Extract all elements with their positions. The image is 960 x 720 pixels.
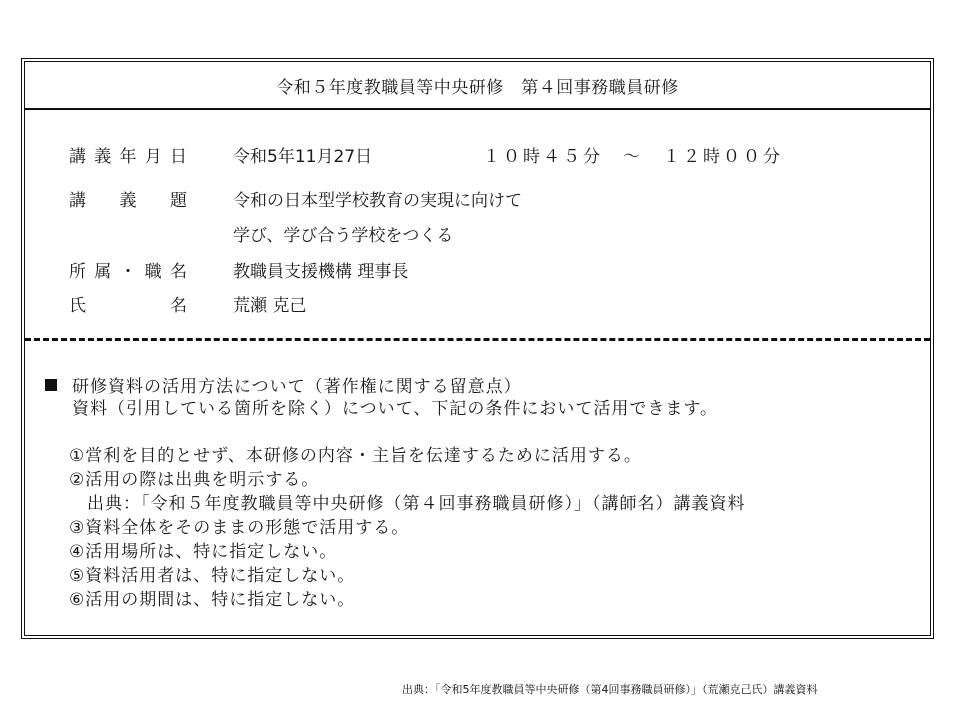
lecturer-name-value: 荒瀬 克己 (233, 291, 306, 316)
usage-notes: 研修資料の活用方法について（著作権に関する留意点） 資料（引用している箇所を除く… (25, 344, 930, 635)
section-divider (25, 338, 930, 341)
lecturer-name-row: 氏 名 荒瀬 克己 (69, 291, 306, 316)
lecture-topic-row: 講 義 題 令和の日本型学校教育の実現に向けて (69, 186, 522, 211)
note-item: ①営利を目的とせず、本研修の内容・主旨を伝達するために活用する。 (69, 441, 642, 466)
note-item: ②活用の際は出典を明示する。 (69, 465, 319, 490)
note-item: ⑥活用の期間は、特に指定しない。 (69, 585, 355, 610)
lecture-date-value: 令和5年11月27日 (233, 142, 372, 167)
affiliation-row: 所 属 ・ 職 名 教職員支援機構 理事長 (69, 257, 408, 282)
square-bullet-icon (45, 379, 57, 391)
affiliation-label: 所 属 ・ 職 名 (69, 257, 233, 282)
lecture-date-row: 講 義 年 月 日 令和5年11月27日 (69, 142, 372, 167)
lecture-info: 講 義 年 月 日 令和5年11月27日 １０時４５分 ～ １２時００分 講 義… (25, 110, 930, 342)
note-item-source: 出典：「令和５年度教職員等中央研修（第４回事務職員研修）」（講師名）講義資料 (69, 489, 746, 514)
note-item: ③資料全体をそのままの形態で活用する。 (69, 513, 409, 538)
lecture-topic-line2: 学び、学び合う学校をつくる (233, 221, 453, 246)
affiliation-value: 教職員支援機構 理事長 (233, 257, 408, 282)
lecture-date-label: 講 義 年 月 日 (69, 142, 233, 167)
lecture-topic-row-2: 学び、学び合う学校をつくる (69, 221, 453, 246)
lecturer-name-label: 氏 名 (69, 291, 233, 316)
footer-citation: 出典：「令和5年度教職員等中央研修（第4回事務職員研修）」（荒瀬克己氏）講義資料 (402, 681, 818, 697)
document-frame: 令和５年度教職員等中央研修 第４回事務職員研修 講 義 年 月 日 令和5年11… (21, 58, 934, 639)
notes-intro: 資料（引用している箇所を除く）について、下記の条件において活用できます。 (72, 394, 718, 419)
lecture-time: １０時４５分 ～ １２時００分 (483, 142, 783, 167)
note-item: ④活用場所は、特に指定しない。 (69, 537, 337, 562)
note-item: ⑤資料活用者は、特に指定しない。 (69, 561, 355, 586)
page-title: 令和５年度教職員等中央研修 第４回事務職員研修 (25, 62, 930, 110)
lecture-topic-label: 講 義 題 (69, 186, 233, 211)
lecture-topic-line1: 令和の日本型学校教育の実現に向けて (233, 186, 522, 211)
